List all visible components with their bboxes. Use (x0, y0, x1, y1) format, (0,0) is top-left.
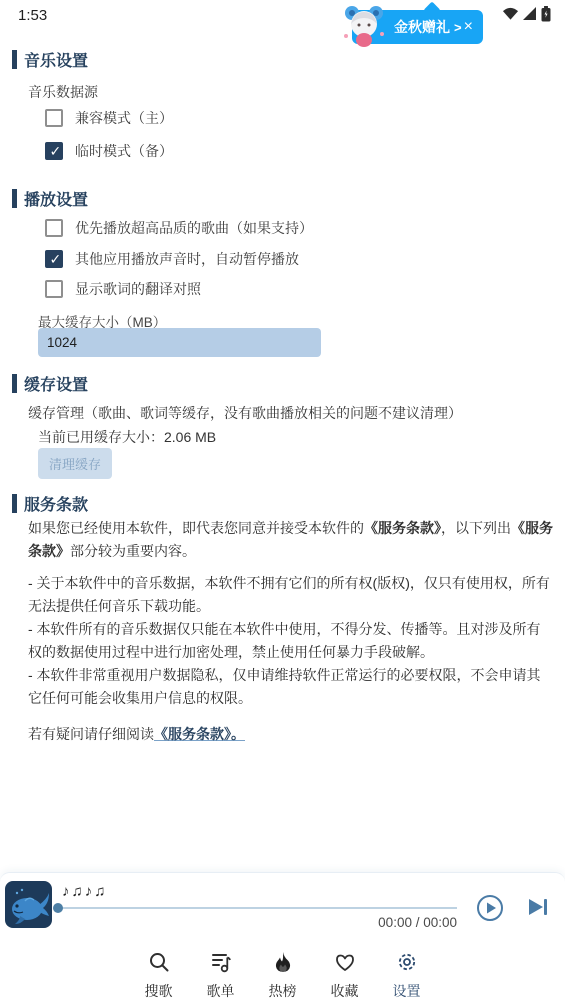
section-accent-bar (12, 494, 17, 513)
checkbox-label: 其他应用播放声音时，自动暂停播放 (75, 249, 299, 269)
checkbox-unchecked[interactable] (45, 109, 63, 127)
chevron-right-icon[interactable]: > (454, 20, 462, 35)
tos-point: - 本软件非常重视用户数据隐私，仅申请维持软件正常运行的必要权限，不会申请其它任… (28, 664, 554, 710)
checkbox-label: 临时模式（备） (75, 141, 173, 161)
promo-banner[interactable]: 金秋赠礼 > × (352, 10, 483, 44)
checkbox-label: 优先播放超高品质的歌曲（如果支持） (75, 218, 313, 238)
player-time: 00:00 / 00:00 (257, 915, 457, 930)
checkbox-checked[interactable] (45, 142, 63, 160)
section-accent-bar (12, 189, 17, 208)
system-status-icons (502, 6, 551, 27)
checkbox-label: 兼容模式（主） (75, 108, 173, 128)
nav-item-search[interactable]: 搜歌 (135, 950, 182, 1004)
option-compat-mode[interactable]: 兼容模式（主） (45, 108, 173, 128)
section-title: 缓存设置 (24, 372, 88, 395)
bottom-nav: 搜歌 歌单 热榜 收藏 (0, 942, 565, 1004)
tos-point: - 本软件所有的音乐数据仅只能在本软件中使用，不得分发、传播等。且对涉及所有权的… (28, 618, 554, 664)
cache-manage-note: 缓存管理（歌曲、歌词等缓存，没有歌曲播放相关的问题不建议清理） (28, 403, 554, 423)
progress-bar[interactable] (57, 907, 457, 909)
gear-icon (395, 950, 419, 979)
tos-intro-text: ，以下列出 (441, 520, 511, 536)
section-tos: 服务条款 (12, 492, 88, 515)
flame-icon (271, 950, 295, 979)
tos-intro-text: 部分较为重要内容。 (70, 543, 196, 559)
nav-label: 收藏 (331, 981, 359, 1001)
album-art[interactable] (5, 881, 52, 928)
tos-footer-text: 若有疑问请仔细阅读 (28, 726, 154, 742)
tos-intro-text: 如果您已经使用本软件，即代表您同意并接受本软件的 (28, 520, 364, 536)
tos-link[interactable]: 《服务条款》。 (154, 726, 245, 742)
nav-item-favorites[interactable]: 收藏 (321, 950, 368, 1004)
nav-label: 设置 (393, 981, 421, 1001)
section-music-settings: 音乐设置 (12, 48, 88, 71)
music-source-label: 音乐数据源 (28, 82, 98, 102)
tos-intro-bold: 《服务条款》 (364, 520, 441, 536)
max-cache-input[interactable] (38, 328, 321, 357)
heart-icon (333, 950, 357, 979)
nav-item-hot[interactable]: 热榜 (259, 950, 306, 1004)
nav-item-settings[interactable]: 设置 (383, 950, 430, 1004)
checkbox-unchecked[interactable] (45, 219, 63, 237)
option-hq-priority[interactable]: 优先播放超高品质的歌曲（如果支持） (45, 218, 313, 238)
option-temp-mode[interactable]: 临时模式（备） (45, 141, 173, 161)
checkbox-unchecked[interactable] (45, 280, 63, 298)
next-track-button[interactable] (524, 894, 552, 922)
banner-mascot-avatar (342, 4, 386, 50)
clear-cache-button[interactable]: 清理缓存 (38, 448, 112, 479)
tos-intro: 如果您已经使用本软件，即代表您同意并接受本软件的《服务条款》，以下列出《服务条款… (28, 517, 554, 563)
checkbox-label: 显示歌词的翻译对照 (75, 279, 201, 299)
section-title: 服务条款 (24, 492, 88, 515)
playlist-icon (209, 950, 233, 979)
cache-used-label: 当前已用缓存大小：2.06 MB (38, 427, 564, 447)
nav-label: 搜歌 (145, 981, 173, 1001)
progress-handle[interactable] (53, 903, 63, 913)
nav-label: 歌单 (207, 981, 235, 1001)
wifi-icon (502, 6, 519, 26)
section-playback-settings: 播放设置 (12, 187, 88, 210)
nav-item-playlist[interactable]: 歌单 (197, 950, 244, 1004)
nav-label: 热榜 (269, 981, 297, 1001)
section-title: 播放设置 (24, 187, 88, 210)
status-bar: 1:53 金秋赠礼 (0, 0, 565, 50)
clock-text: 1:53 (18, 7, 47, 24)
tos-footer: 若有疑问请仔细阅读《服务条款》。 (28, 723, 554, 746)
checkbox-checked[interactable] (45, 250, 63, 268)
search-icon (147, 950, 171, 979)
battery-icon (541, 6, 551, 27)
section-accent-bar (12, 374, 17, 393)
section-title: 音乐设置 (24, 48, 88, 71)
section-cache-settings: 缓存设置 (12, 372, 88, 395)
option-show-translation[interactable]: 显示歌词的翻译对照 (45, 279, 201, 299)
option-auto-pause[interactable]: 其他应用播放声音时，自动暂停播放 (45, 249, 299, 269)
banner-close-icon[interactable]: × (464, 17, 473, 37)
section-accent-bar (12, 50, 17, 69)
signal-icon (522, 6, 538, 26)
tos-body: 如果您已经使用本软件，即代表您同意并接受本软件的《服务条款》，以下列出《服务条款… (28, 517, 554, 746)
tos-point: - 关于本软件中的音乐数据，本软件不拥有它们的所有权(版权)，仅只有使用权，所有… (28, 572, 554, 618)
banner-tail (424, 2, 441, 19)
banner-label[interactable]: 金秋赠礼 (394, 17, 450, 37)
track-title: ♪♫♪♫ (62, 883, 108, 900)
player-bar: ♪♫♪♫ 00:00 / 00:00 (0, 872, 565, 942)
play-button[interactable] (476, 894, 504, 922)
